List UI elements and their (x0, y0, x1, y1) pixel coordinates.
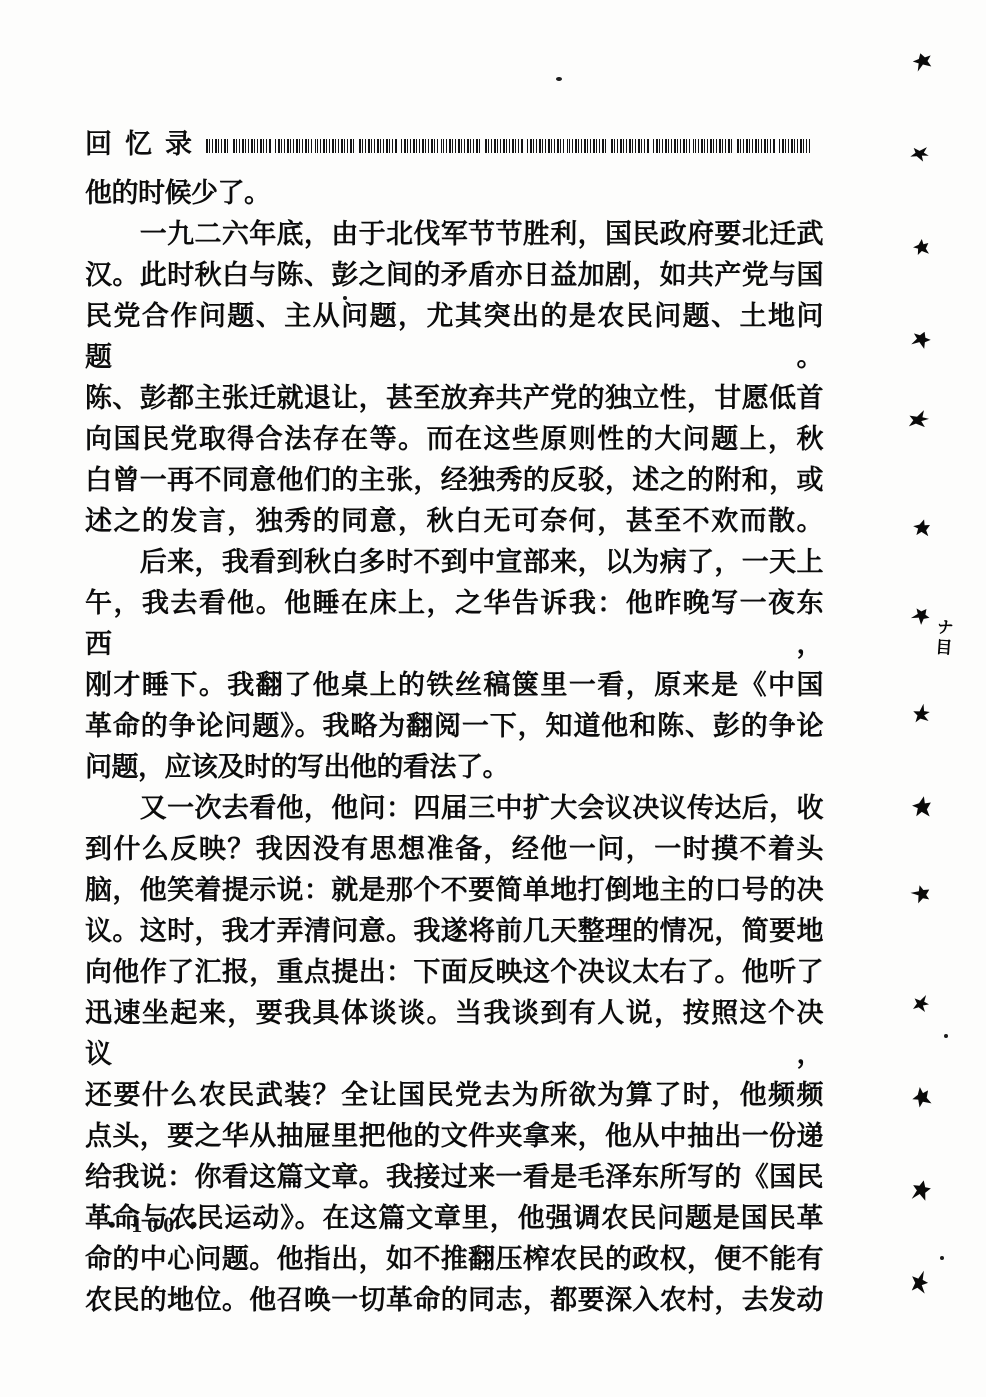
text-line: 又一次去看他，他问：四届三中扩大会议决议传达后，收 (85, 788, 823, 829)
ink-blob (910, 1270, 929, 1294)
text-line: 午，我去看他。他睡在床上，之华告诉我：他昨晚写一夜东西， (85, 583, 823, 665)
ink-speck (343, 296, 347, 300)
header-rule-pattern (206, 139, 810, 153)
running-title: 回忆录 (85, 129, 205, 159)
ink-blob (909, 328, 932, 351)
ink-blob (911, 795, 933, 818)
text-line: 迅速坐起来，要我具体谈谈。当我谈到有人说，按照这个决议， (85, 993, 823, 1075)
ink-blob (910, 703, 932, 726)
text-line: 刚才睡下。我翻了他桌上的铁丝稿箧里一看，原来是《中国 (85, 665, 823, 706)
ink-blob (910, 145, 930, 163)
ink-blob (911, 51, 934, 72)
margin-bleed-glyphs: ナ目 (929, 617, 957, 659)
scanned-book-page: 回忆录 他的时候少了。 一九二六年底，由于北伐军节节胜利，国民政府要北迁武汉。此… (0, 0, 986, 1397)
ink-blob (911, 517, 931, 537)
text-line: 白曾一再不同意他们的主张，经独秀的反驳，述之的附和，或 (85, 460, 823, 501)
ink-blob (909, 882, 933, 906)
page-header: 回忆录 (85, 129, 810, 159)
ink-speck (556, 77, 562, 81)
text-line: 述之的发言，独秀的同意，秋白无可奈何，甚至不欢而散。 (85, 501, 823, 542)
text-line: 陈、彭都主张迁就退让，甚至放弃共产党的独立性，甘愿低首 (85, 378, 823, 419)
text-line: 命的中心问题。他指出，如不推翻压榨农民的政权，便不能有 (85, 1239, 823, 1280)
text-line: 民党合作问题、主从问题，尤其突出的是农民问题、土地问题。 (85, 296, 823, 378)
ink-blob (913, 239, 929, 255)
ink-blob (907, 410, 930, 430)
text-line: 给我说：你看这篇文章。我接过来一看是毛泽东所写的《国民 (85, 1157, 823, 1198)
text-line: 脑，他笑着提示说：就是那个不要简单地打倒地主的口号的决 (85, 870, 823, 911)
ink-speck (940, 1256, 944, 1260)
text-line: 汉。此时秋白与陈、彭之间的矛盾亦日益加剧，如共产党与国 (85, 255, 823, 296)
text-line: 农民的地位。他召唤一切革命的同志，都要深入农村，去发动 (85, 1280, 823, 1321)
text-line: 到什么反映？我因没有思想准备，经他一问，一时摸不着头 (85, 829, 823, 870)
text-line: 向他作了汇报，重点提出：下面反映这个决议太右了。他听了 (85, 952, 823, 993)
text-line: 还要什么农民武装？全让国民党去为所欲为算了时，他频频 (85, 1075, 823, 1116)
text-line: 议。这时，我才弄清问意。我遂将前几天整理的情况，简要地 (85, 911, 823, 952)
text-line: 问题，应该及时的写出他的看法了。 (85, 747, 823, 788)
body-text: 他的时候少了。 一九二六年底，由于北伐军节节胜利，国民政府要北迁武汉。此时秋白与… (85, 173, 823, 1321)
ink-blob (910, 1085, 932, 1108)
text-line: 点头，要之华从抽屉里把他的文件夹拿来，他从中抽出一份递 (85, 1116, 823, 1157)
page-number: • 100 • (108, 1212, 202, 1238)
text-line: 革命的争论问题》。我略为翻阅一下，知道他和陈、彭的争论 (85, 706, 823, 747)
ink-blob (909, 604, 932, 627)
text-line: 后来，我看到秋白多时不到中宣部来，以为病了，一天上 (85, 542, 823, 583)
text-line: 他的时候少了。 (85, 173, 823, 214)
ink-speck (944, 1034, 948, 1038)
text-line: 向国民党取得合法存在等。而在这些原则性的大问题上，秋 (85, 419, 823, 460)
ink-blob (910, 1178, 933, 1203)
text-line: 一九二六年底，由于北伐军节节胜利，国民政府要北迁武 (85, 214, 823, 255)
ink-blob (913, 995, 929, 1012)
